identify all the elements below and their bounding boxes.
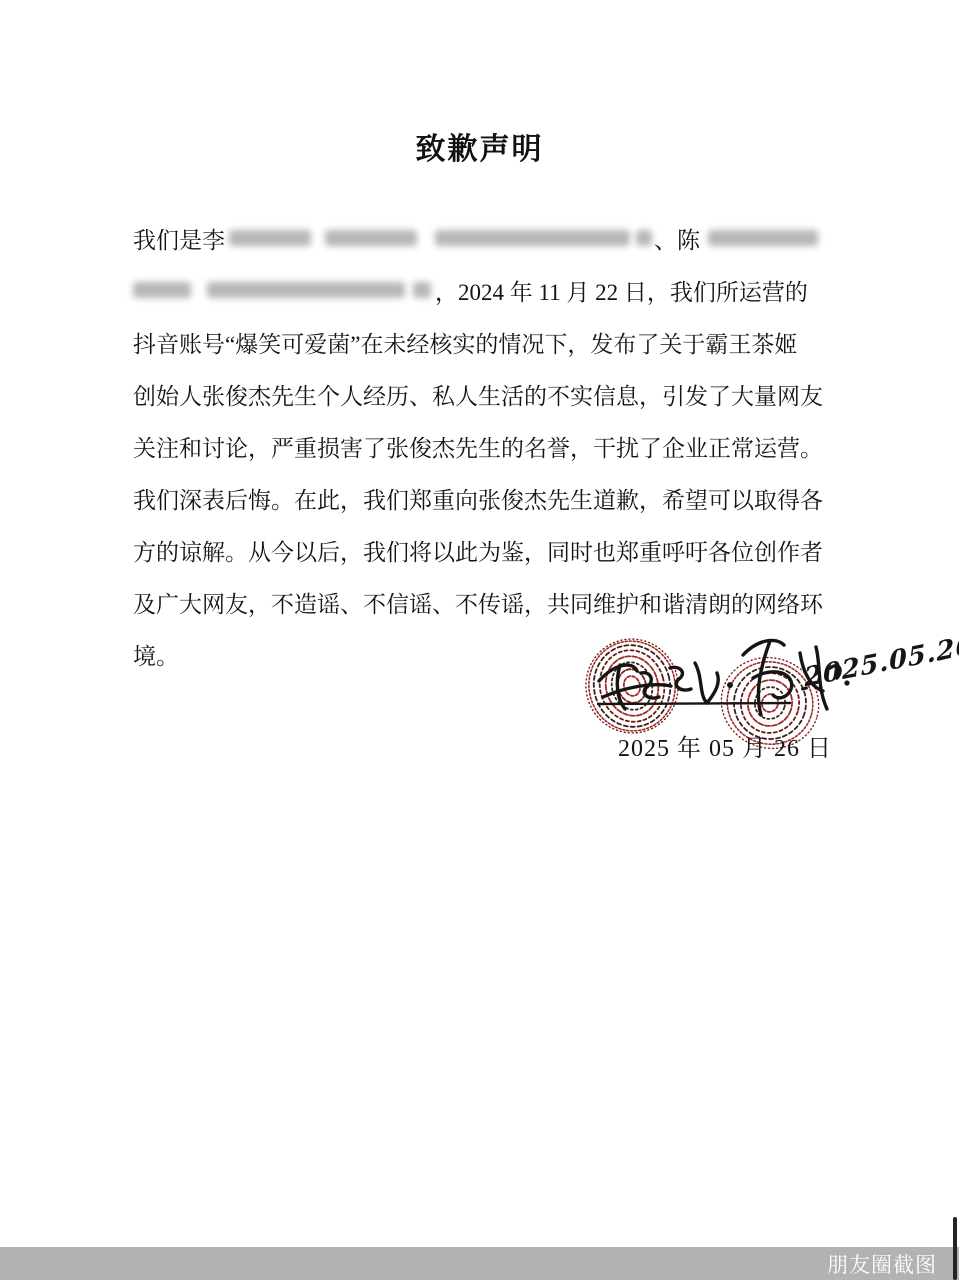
text-segment: 创始人张俊杰先生个人经历、私人生活的不实信息，引发了大量网友 bbox=[133, 378, 823, 411]
redacted-segment bbox=[133, 282, 191, 298]
document-line: ，2024 年 11 月 22 日，我们所运营的 bbox=[133, 264, 825, 316]
redacted-segment bbox=[708, 230, 818, 246]
text-segment: 境。 bbox=[133, 638, 179, 671]
redacted-segment bbox=[636, 230, 652, 246]
document-line: 创始人张俊杰先生个人经历、私人生活的不实信息，引发了大量网友 bbox=[133, 368, 825, 420]
scan-edge-artifact-icon bbox=[953, 1217, 957, 1280]
text-segment: 、陈 bbox=[654, 222, 700, 255]
redacted-segment bbox=[325, 230, 417, 246]
printed-date: 2025 年 05 月 26 日 bbox=[618, 728, 832, 763]
text-segment: 方的谅解。从今以后，我们将以此为鉴，同时也郑重呼吁各位创作者 bbox=[133, 534, 823, 567]
document-line: 及广大网友，不造谣、不信谣、不传谣，共同维护和谐清朗的网络环 bbox=[133, 576, 825, 628]
apology-document-page: 致歉声明 我们是李、陈，2024 年 11 月 22 日，我们所运营的抖音账号“… bbox=[0, 0, 959, 1280]
document-body: 我们是李、陈，2024 年 11 月 22 日，我们所运营的抖音账号“爆笑可爱菌… bbox=[133, 212, 825, 680]
document-line: 我们深表后悔。在此，我们郑重向张俊杰先生道歉，希望可以取得各 bbox=[133, 472, 825, 524]
document-line: 抖音账号“爆笑可爱菌”在未经核实的情况下，发布了关于霸王茶姬 bbox=[133, 316, 825, 368]
redacted-segment bbox=[207, 282, 405, 298]
text-segment: 抖音账号“爆笑可爱菌”在未经核实的情况下，发布了关于霸王茶姬 bbox=[133, 326, 797, 359]
text-segment: 及广大网友，不造谣、不信谣、不传谣，共同维护和谐清朗的网络环 bbox=[133, 586, 823, 619]
text-segment: 我们深表后悔。在此，我们郑重向张俊杰先生道歉，希望可以取得各 bbox=[133, 482, 823, 515]
document-line: 关注和讨论，严重损害了张俊杰先生的名誉，干扰了企业正常运营。 bbox=[133, 420, 825, 472]
document-title: 致歉声明 bbox=[0, 124, 959, 168]
text-segment: ，2024 年 11 月 22 日，我们所运营的 bbox=[435, 274, 808, 307]
document-line: 方的谅解。从今以后，我们将以此为鉴，同时也郑重呼吁各位创作者 bbox=[133, 524, 825, 576]
text-segment: 关注和讨论，严重损害了张俊杰先生的名誉，干扰了企业正常运营。 bbox=[133, 430, 823, 463]
redacted-segment bbox=[229, 230, 311, 246]
redacted-segment bbox=[413, 282, 431, 298]
watermark-bar: 朋友圈截图 bbox=[0, 1247, 959, 1280]
text-segment: 我们是李 bbox=[133, 222, 225, 255]
document-line: 我们是李、陈 bbox=[133, 212, 825, 264]
redacted-segment bbox=[435, 230, 630, 246]
watermark-label: 朋友圈截图 bbox=[827, 1249, 937, 1279]
